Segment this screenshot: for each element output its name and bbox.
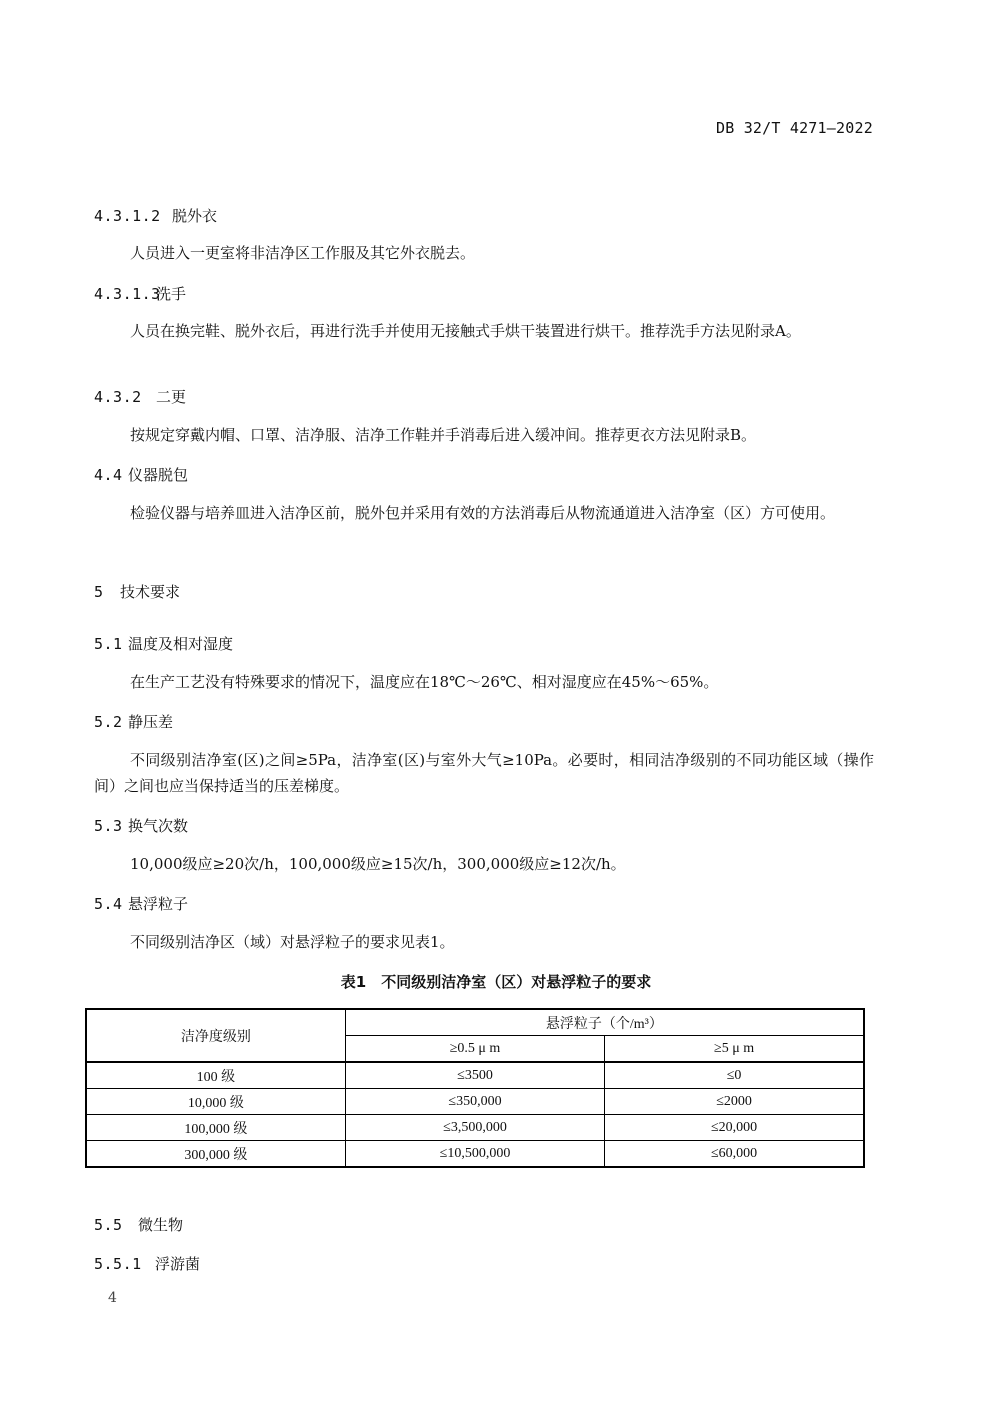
section-number: 4.3.1.3: [94, 285, 156, 303]
section-title: 仪器脱包: [128, 466, 188, 484]
paragraph: 人员在换完鞋、脱外衣后，再进行洗手并使用无接触式手烘干装置进行烘干。推荐洗手方法…: [94, 318, 874, 344]
header-particle-0-5um: ≥0.5 μ m: [345, 1036, 604, 1063]
section-heading-5-5: 5.5微生物: [94, 1214, 183, 1235]
cell-class: 100,000 级: [86, 1115, 345, 1141]
table-row: 100 级 ≤3500 ≤0: [86, 1062, 864, 1089]
document-number: DB 32/T 4271—2022: [716, 119, 873, 137]
cell-particle-0-5um: ≤350,000: [345, 1089, 604, 1115]
section-number: 5.1: [94, 635, 128, 653]
section-number: 5.3: [94, 817, 128, 835]
table-caption: 表1 不同级别洁净室（区）对悬浮粒子的要求: [0, 971, 992, 992]
section-heading-5-4: 5.4悬浮粒子: [94, 893, 188, 914]
section-number: 5.4: [94, 895, 128, 913]
section-title: 脱外衣: [172, 207, 217, 225]
cell-class: 100 级: [86, 1062, 345, 1089]
section-heading-5-5-1: 5.5.1浮游菌: [94, 1253, 200, 1274]
paragraph: 不同级别洁净室(区)之间≥5Pa，洁净室(区)与室外大气≥10Pa。必要时，相同…: [94, 747, 874, 799]
header-particle-5um: ≥5 μ m: [605, 1036, 864, 1063]
section-number: 4.3.1.2: [94, 207, 172, 225]
section-heading-5: 5技术要求: [94, 581, 180, 602]
paragraph: 不同级别洁净区（域）对悬浮粒子的要求见表1。: [94, 929, 874, 955]
table-header-row: 洁净度级别 悬浮粒子（个/m³）: [86, 1009, 864, 1036]
section-number: 4.4: [94, 466, 128, 484]
cell-class: 300,000 级: [86, 1141, 345, 1168]
paragraph: 人员进入一更室将非洁净区工作服及其它外衣脱去。: [94, 240, 874, 266]
section-heading-5-2: 5.2静压差: [94, 711, 173, 732]
section-number: 5.5: [94, 1216, 138, 1234]
paragraph: 按规定穿戴内帽、口罩、洁净服、洁净工作鞋并手消毒后进入缓冲间。推荐更衣方法见附录…: [94, 422, 874, 448]
section-heading-5-3: 5.3换气次数: [94, 815, 188, 836]
table-row: 300,000 级 ≤10,500,000 ≤60,000: [86, 1141, 864, 1168]
section-title: 微生物: [138, 1216, 183, 1234]
header-cleanliness-class: 洁净度级别: [86, 1009, 345, 1062]
section-title: 技术要求: [120, 583, 180, 601]
section-heading-4-3-1-3: 4.3.1.3洗手: [94, 283, 186, 304]
cell-particle-5um: ≤2000: [605, 1089, 864, 1115]
section-number: 5: [94, 583, 120, 601]
section-title: 洗手: [156, 285, 186, 303]
section-heading-4-3-2: 4.3.2二更: [94, 386, 186, 407]
suspended-particles-table: 洁净度级别 悬浮粒子（个/m³） ≥0.5 μ m ≥5 μ m 100 级 ≤…: [85, 1008, 865, 1168]
section-heading-5-1: 5.1温度及相对湿度: [94, 633, 233, 654]
section-title: 悬浮粒子: [128, 895, 188, 913]
paragraph: 检验仪器与培养皿进入洁净区前，脱外包并采用有效的方法消毒后从物流通道进入洁净室（…: [94, 500, 874, 526]
page-number: 4: [108, 1290, 117, 1306]
section-number: 5.5.1: [94, 1255, 155, 1273]
section-title: 温度及相对湿度: [128, 635, 233, 653]
cell-particle-5um: ≤60,000: [605, 1141, 864, 1168]
section-title: 二更: [156, 388, 186, 406]
section-title: 换气次数: [128, 817, 188, 835]
cell-particle-0-5um: ≤3500: [345, 1062, 604, 1089]
section-title: 静压差: [128, 713, 173, 731]
cell-particle-5um: ≤0: [605, 1062, 864, 1089]
header-suspended-particles: 悬浮粒子（个/m³）: [345, 1009, 864, 1036]
cell-particle-5um: ≤20,000: [605, 1115, 864, 1141]
section-number: 4.3.2: [94, 388, 156, 406]
section-title: 浮游菌: [155, 1255, 200, 1273]
table-row: 100,000 级 ≤3,500,000 ≤20,000: [86, 1115, 864, 1141]
paragraph: 10,000级应≥20次/h，100,000级应≥15次/h，300,000级应…: [94, 851, 874, 877]
cell-particle-0-5um: ≤3,500,000: [345, 1115, 604, 1141]
cell-class: 10,000 级: [86, 1089, 345, 1115]
section-heading-4-4: 4.4仪器脱包: [94, 464, 188, 485]
section-heading-4-3-1-2: 4.3.1.2脱外衣: [94, 205, 217, 226]
table-row: 10,000 级 ≤350,000 ≤2000: [86, 1089, 864, 1115]
section-number: 5.2: [94, 713, 128, 731]
cell-particle-0-5um: ≤10,500,000: [345, 1141, 604, 1168]
paragraph: 在生产工艺没有特殊要求的情况下，温度应在18℃～26℃、相对湿度应在45%～65…: [94, 669, 874, 695]
